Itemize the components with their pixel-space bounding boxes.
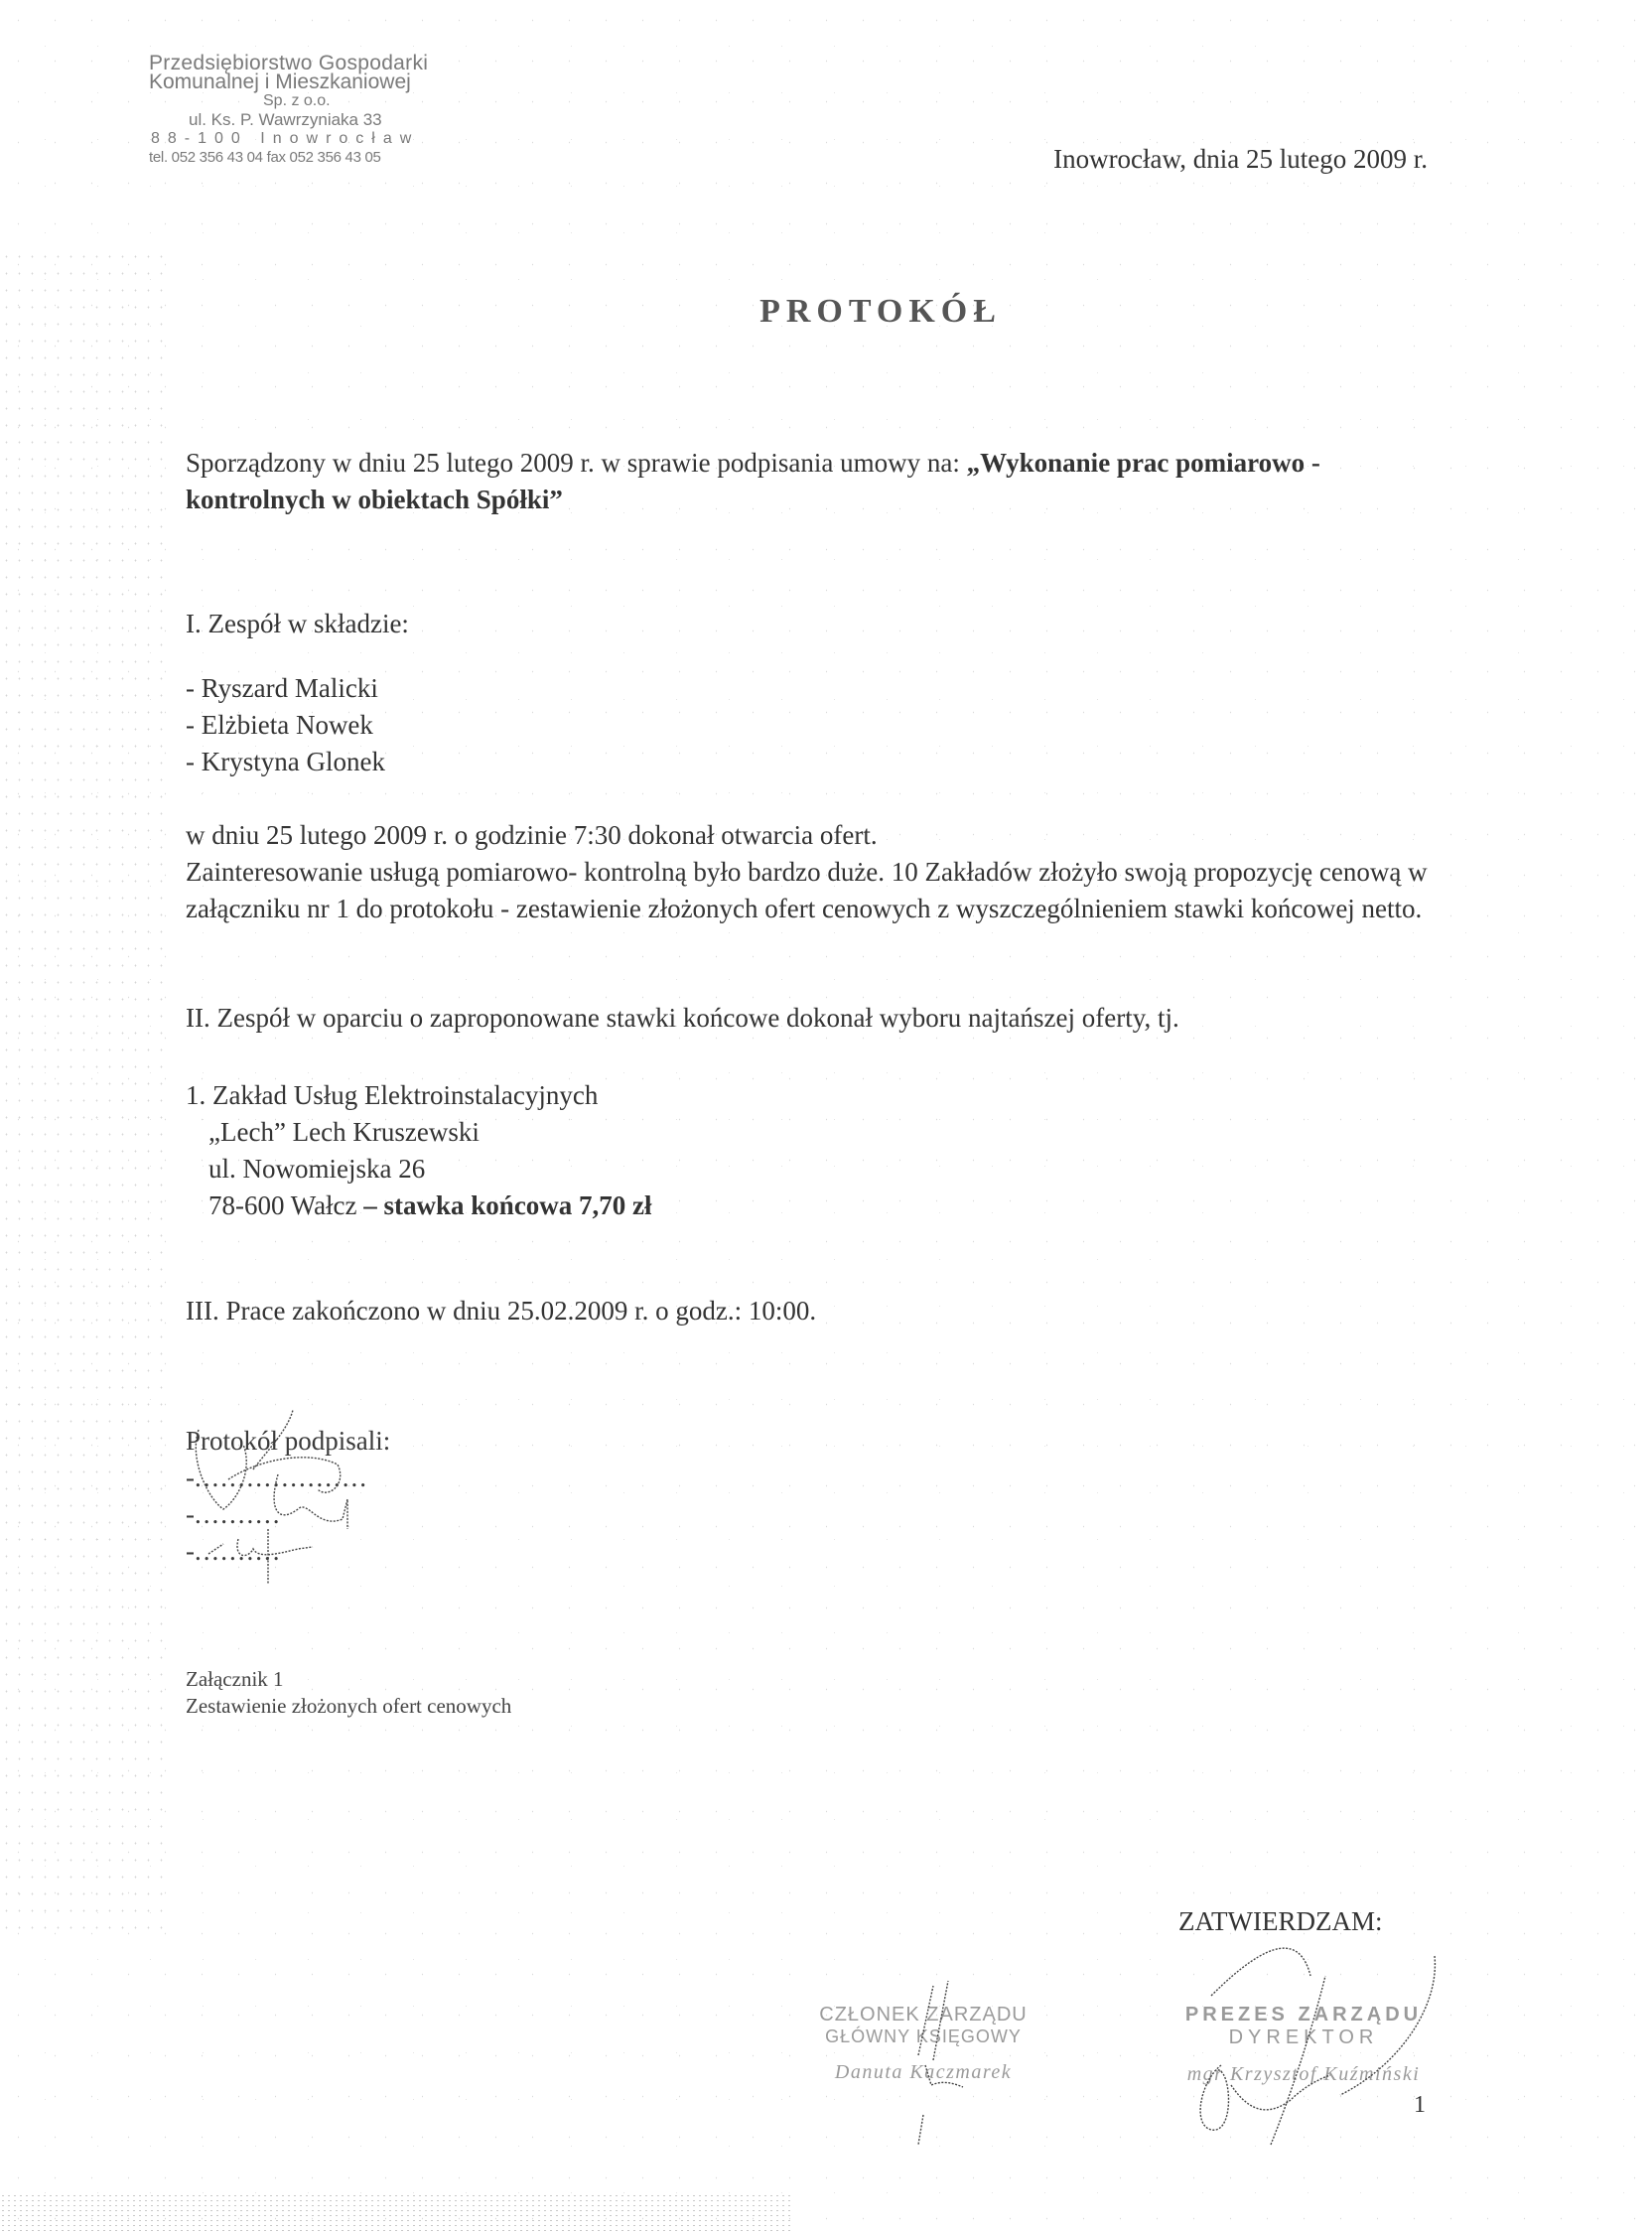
intro-paragraph: Sporządzony w dniu 25 lutego 2009 r. w s…	[186, 445, 1437, 518]
team-member: - Ryszard Malicki	[186, 670, 385, 707]
president-title: PREZES ZARZĄDU	[1140, 2004, 1467, 2026]
signatures-heading: Protokół podpisali:	[186, 1423, 390, 1460]
stamp-line-6: tel. 052 356 43 04 fax 052 356 43 05	[149, 148, 556, 167]
team-members-list: - Ryszard Malicki - Elżbieta Nowek - Kry…	[186, 670, 385, 780]
section-3-heading: III. Prace zakończono w dniu 25.02.2009 …	[186, 1293, 816, 1329]
scan-noise-left	[0, 248, 169, 1936]
stamp-line-2: Komunalnej i Mieszkaniowej	[149, 72, 556, 91]
team-member: - Elżbieta Nowek	[186, 707, 385, 744]
stamp-line-3: Sp. z o.o.	[149, 91, 556, 110]
chief-accountant-title: GŁÓWNY KSIĘGOWY	[774, 2026, 1072, 2047]
winner-name-2: „Lech” Lech Kruszewski	[186, 1114, 652, 1151]
signature-line: -..........	[186, 1533, 390, 1570]
board-member-title: CZŁONEK ZARZĄDU	[774, 2004, 1072, 2026]
board-member-stamp: CZŁONEK ZARZĄDU GŁÓWNY KSIĘGOWY Danuta K…	[774, 2004, 1072, 2084]
annex-description: Zestawienie złożonych ofert cenowych	[186, 1693, 511, 1720]
winner-name-1: 1. Zakład Usług Elektroinstalacyjnych	[186, 1077, 652, 1114]
president-name: mgr Krzysztof Kuźmiński	[1140, 2063, 1467, 2086]
approval-label: ZATWIERDZAM:	[1178, 1906, 1382, 1937]
intro-text: Sporządzony w dniu 25 lutego 2009 r. w s…	[186, 448, 967, 478]
selected-offer: 1. Zakład Usług Elektroinstalacyjnych „L…	[186, 1077, 652, 1224]
final-rate: stawka końcowa 7,70 zł	[384, 1190, 652, 1220]
opening-paragraph: w dniu 25 lutego 2009 r. o godzinie 7:30…	[186, 817, 1437, 927]
team-member: - Krystyna Glonek	[186, 744, 385, 780]
annex-note: Załącznik 1 Zestawienie złożonych ofert …	[186, 1666, 511, 1720]
section-2-heading: II. Zespół w oparciu o zaproponowane sta…	[186, 1000, 1179, 1037]
stamp-line-4: ul. Ks. P. Wawrzyniaka 33	[149, 110, 556, 129]
board-member-name: Danuta Kaczmarek	[774, 2061, 1072, 2084]
president-stamp: PREZES ZARZĄDU DYREKTOR mgr Krzysztof Ku…	[1140, 2004, 1467, 2086]
winner-street: ul. Nowomiejska 26	[186, 1151, 652, 1187]
signatures-block: Protokół podpisali: -...................…	[186, 1423, 390, 1570]
opening-line-1: w dniu 25 lutego 2009 r. o godzinie 7:30…	[186, 817, 1437, 854]
annex-label: Załącznik 1	[186, 1666, 511, 1693]
rate-separator: –	[357, 1190, 384, 1220]
signature-line: -..........	[186, 1496, 390, 1533]
document-title: PROTOKÓŁ	[0, 293, 1652, 331]
company-stamp: Przedsiębiorstwo Gospodarki Komunalnej i…	[149, 54, 556, 167]
section-1-heading: I. Zespół w składzie:	[186, 606, 409, 642]
winner-city: 78-600 Wałcz	[208, 1190, 357, 1220]
scan-noise-bottom	[0, 2193, 794, 2235]
place-date: Inowrocław, dnia 25 lutego 2009 r.	[1053, 144, 1428, 175]
signature-line: -....................	[186, 1460, 390, 1496]
director-title: DYREKTOR	[1140, 2026, 1467, 2049]
winner-city-rate: 78-600 Wałcz – stawka końcowa 7,70 zł	[186, 1187, 652, 1224]
stamp-line-5: 88-100 Inowrocław	[149, 129, 556, 148]
opening-line-2: Zainteresowanie usługą pomiarowo- kontro…	[186, 854, 1437, 927]
page-number: 1	[1414, 2092, 1426, 2119]
